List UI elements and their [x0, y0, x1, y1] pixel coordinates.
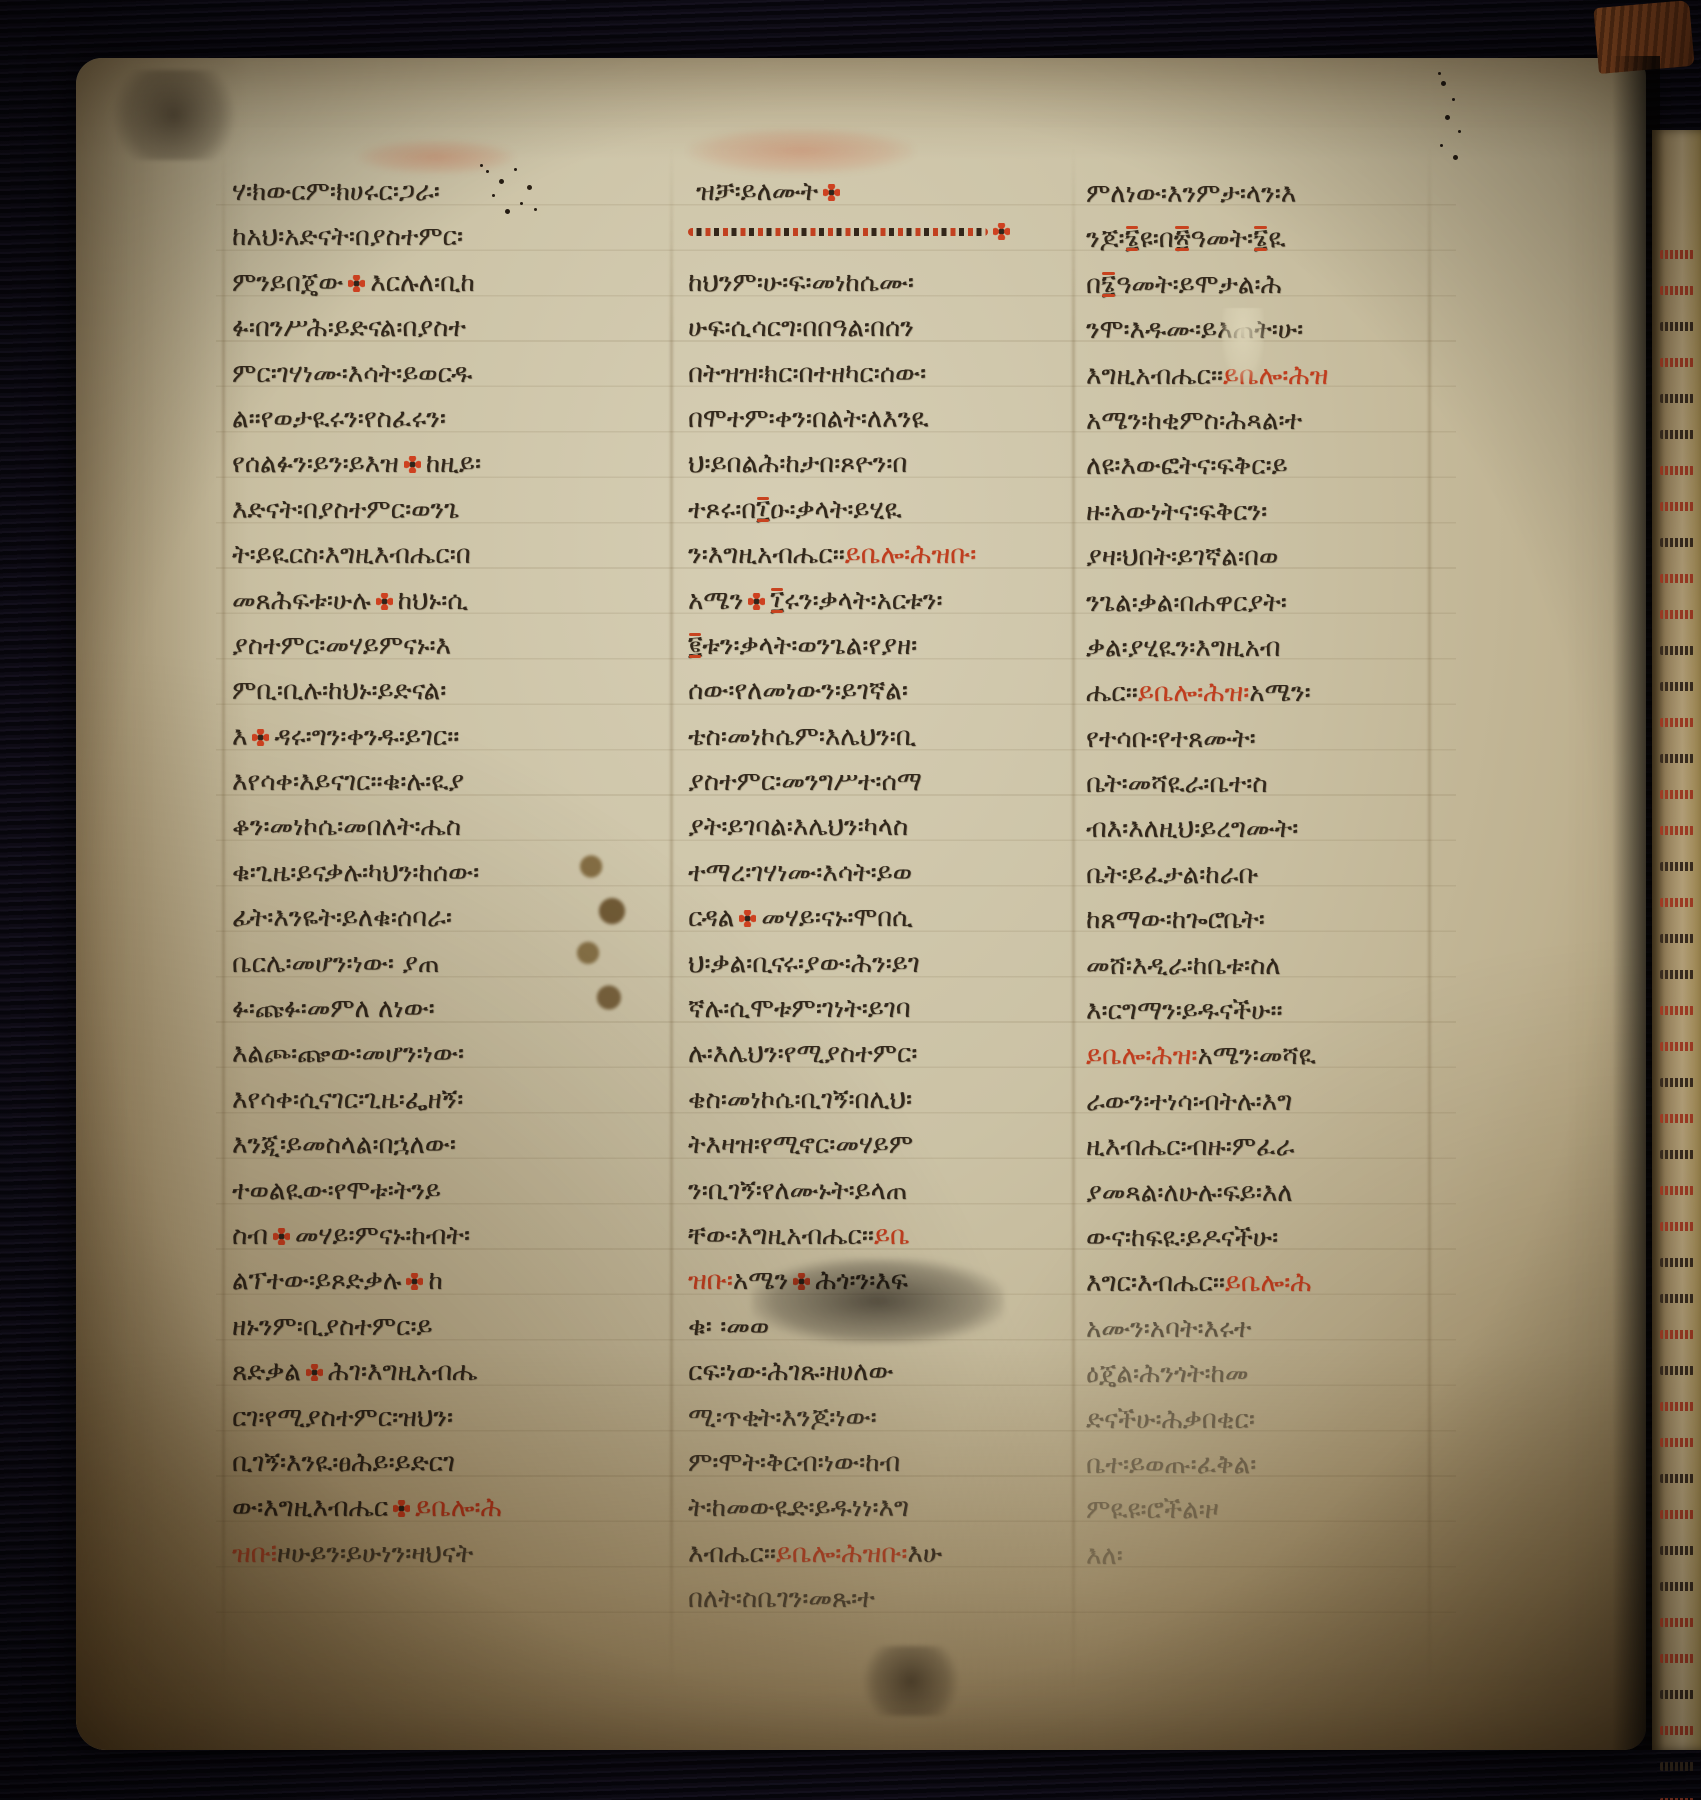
body-text: እግር፡እብሔር። [1086, 1268, 1225, 1298]
red-offset-smudge [358, 140, 514, 174]
body-text: ያስተምር፡መሃይምናኑ፡እ [232, 631, 451, 661]
text-line: እብሔር።ይቤሎ፡ሕዝቡ፡እሁ [688, 1532, 1054, 1577]
text-line: ንጌል፡ቃል፡በሐዋርያት፡ [1086, 581, 1426, 626]
body-text: ብእ፡እለዚህ፡ይረግሙት፡ [1086, 814, 1298, 844]
adjacent-page-edge-lines [1652, 130, 1701, 1800]
text-line: ቢገኝ፡እንዪ፡ፀሕይ፡ይድርገ [232, 1441, 644, 1486]
text-line: እንጂ፡ይመስላል፡በኋለው፡ [232, 1123, 644, 1168]
rubric-text: ይቤሎ፡ሕዝቡ፡ [776, 1539, 908, 1569]
text-line: ት፡ከመውዪድ፡ይዱነነ፡እግ [688, 1486, 1054, 1531]
body-text: ስብ [232, 1221, 268, 1251]
text-line: ፪ቱን፡ቃላት፡ወንጌል፡የያዘ፡ [688, 624, 1054, 669]
text-line: ቤተ፡ይወጡ፡ፈቅል፡ [1086, 1443, 1426, 1488]
body-text: እየሳቀ፡እይናገር።ቁ፡ሉ፡ዪያ [232, 767, 464, 797]
cross-rosette-icon [739, 910, 756, 927]
body-text: ከህንም፡ሁ፡ፍ፡መነከሴሙ፡ [688, 268, 914, 298]
text-line: እልጮ፡ጬው፡መሆን፡ነው፡ [232, 1032, 644, 1077]
body-text: የሰልፉን፡ይን፡ይእዝ [232, 449, 399, 479]
text-line: ቸው፡እግዚአብሔር።ይቤ [688, 1214, 1054, 1259]
body-text: ተጾሩ፡በ [688, 495, 756, 525]
body-text: ትእዛዝ፡የሚኖር፡መሃይም [688, 1130, 913, 1160]
body-text: ቤት፡ይፈታል፡ከራቡ [1086, 860, 1258, 890]
text-line: ቄስ፡መነኮሴ፡ቢገኝ፡በሊህ፡ [688, 1078, 1054, 1123]
body-text: ሰው፡የለመነውን፡ይገኛል፡ [688, 676, 908, 706]
body-text: ሔር። [1086, 678, 1138, 708]
edge-text-line [1660, 1582, 1694, 1591]
text-line: እለ፡ [1086, 1534, 1426, 1579]
text-line: ዝቡ፧ዞሁይን፡ይሁነን፡ዛህናት [232, 1532, 644, 1577]
text-line: ሉ፡እሌህን፡የሚያስተምር፡ [688, 1032, 1054, 1077]
edge-text-line [1660, 1438, 1694, 1447]
body-text: አሜን፡መሻዪ [1197, 1041, 1315, 1071]
text-line: ዚእብሔር፡ብዙ፡ምፈራ [1086, 1125, 1426, 1170]
text-line: ሰው፡የለመነውን፡ይገኛል፡ [688, 669, 1054, 714]
text-line: ይቤሎ፡ሕዝ፡አሜን፡መሻዪ [1086, 1034, 1426, 1079]
body-text: ርፍ፡ነው፡ሕገጹ፡ዘሀለው [688, 1357, 893, 1387]
body-text: እየሳቀ፡ሲናገር፡ጊዜ፡ፌዘኝ፡ [232, 1085, 463, 1115]
body-text: መሸ፡እዲራ፡ከቤቱ፡ስለ [1086, 951, 1281, 981]
column-crease-2 [1072, 148, 1075, 1688]
dot-divider-band [688, 215, 1054, 260]
right-margin-crease [1428, 148, 1431, 1688]
text-line: ም፡ሞት፡ቅርብ፡ነው፡ከብ [688, 1441, 1054, 1486]
edge-text-line [1660, 1222, 1694, 1231]
edge-text-line [1660, 898, 1694, 907]
body-text: ራውን፡ተነሳ፡ብትሉ፡እግ [1086, 1087, 1292, 1117]
text-line: ርገ፡የሚያስተምር፡ዝህን፡ [232, 1396, 644, 1441]
text-line: እድናት፡በያስተምር፡ወንጌ [232, 488, 644, 533]
text-column-left: ሃ፡ክውርም፡ክሀሩር፡ጋራ፡ከአህ፡አድናት፡በያስተምር፡ምንይበጄውእርሉ… [232, 170, 644, 1577]
corner-soil [104, 70, 244, 160]
edge-text-line [1660, 790, 1694, 799]
edge-text-line [1660, 538, 1694, 547]
text-line: ምዪዩ፡ሮችል፡ዞ [1086, 1488, 1426, 1533]
ink-spatter [1438, 72, 1441, 75]
body-text: ጸድቃል [232, 1357, 301, 1387]
body-text: አሜን፡ [1249, 678, 1310, 708]
body-text: እ፡ርግማን፡ይዱናችሁ። [1086, 996, 1282, 1026]
cross-rosette-icon [404, 456, 421, 473]
body-text: እሁ [907, 1539, 942, 1569]
text-line: እየሳቀ፡እይናገር።ቁ፡ሉ፡ዪያ [232, 760, 644, 805]
cross-rosette-icon [793, 1273, 810, 1290]
text-line: ሁፍ፡ሲሳርግ፡በበዓል፡በሰን [688, 306, 1054, 351]
text-line: ቃል፡ያሂዪን፡እግዚአብ [1086, 626, 1426, 671]
text-line: የሰልፉን፡ይን፡ይእዝከዚይ፡ [232, 442, 644, 487]
body-text: ዙ፡አውነትና፡ፍቅርን፡ [1086, 497, 1267, 527]
body-text: ቢገኝ፡እንዪ፡ፀሕይ፡ይድርገ [232, 1448, 455, 1478]
body-text: ፉ፡በንሥሕ፡ይድናል፡በያስተ [232, 313, 466, 343]
text-line: ያት፡ይገባል፡እሌህን፡ካላስ [688, 805, 1054, 850]
body-text: ቱን፡ቃላት፡ወንጌል፡የያዘ፡ [702, 631, 917, 661]
cross-rosette-icon [823, 184, 840, 201]
text-line: ቆን፡መነኮሴ፡መበለት፡ሔስ [232, 805, 644, 850]
body-text: አሙን፡አባት፡እሩተ [1086, 1314, 1251, 1344]
body-text: በ [1086, 270, 1101, 300]
body-text: ሩን፡ቃላት፡አርቱን፡ [784, 586, 942, 616]
numeral-text: ፳ [1174, 224, 1191, 255]
body-text: ሃ፡ክውርም፡ክሀሩር፡ጋራ፡ [232, 177, 440, 207]
text-line: ቤት፡ይፈታል፡ከራቡ [1086, 853, 1426, 898]
left-margin-crease [222, 148, 225, 1688]
edge-text-line [1660, 1366, 1694, 1375]
dot-divider-dots [688, 228, 988, 236]
edge-text-line [1660, 430, 1694, 439]
text-line: አሙን፡አባት፡እሩተ [1086, 1307, 1426, 1352]
text-line: ኛሉ፡ሲሞቱም፡ገነት፡ይገባ [688, 987, 1054, 1032]
text-line: ፉ፡ጩፉ፡መምለ ለነው፡ [232, 987, 644, 1032]
body-text: ዓመት፡ይሞታል፡ሕ [1116, 270, 1282, 300]
body-text: ምዪዩ፡ሮችል፡ዞ [1086, 1495, 1219, 1525]
text-line: ን፡እግዚአብሔር።ይቤሎ፡ሕዝቡ፡ [688, 533, 1054, 578]
text-line: እግዚአብሔር።ይቤሎ፡ሕዝ [1086, 354, 1426, 399]
body-text: ምንይበጄው [232, 268, 343, 298]
body-text: ሕገ፡እግዚአብሔ [328, 1357, 478, 1387]
body-text: ን፡ቢገኝ፡የለሙኑት፡ይላጠ [688, 1176, 907, 1206]
edge-text-line [1660, 1726, 1694, 1735]
text-line: እዳሩ፡ግን፡ቀንዱ፡ይገር። [232, 715, 644, 760]
body-text: እልጮ፡ጬው፡መሆን፡ነው፡ [232, 1039, 464, 1069]
body-text: ቤት፡መሻዪራ፡ቤተ፡ስ [1086, 769, 1268, 799]
cross-rosette-icon [348, 275, 365, 292]
edge-text-line [1660, 934, 1694, 943]
rubric-text: ይቤሎ፡ሕ [415, 1493, 502, 1523]
edge-text-line [1660, 1474, 1694, 1483]
body-text: ቁ፡ ፡መወ [688, 1312, 769, 1342]
body-text: በለት፡ስቤገን፡መጹ፡ተ [688, 1584, 875, 1614]
body-text: ኛሉ፡ሲሞቱም፡ገነት፡ይገባ [688, 994, 911, 1024]
rubric-text: ይቤሎ፡ሕዝ፡ [1086, 1041, 1197, 1071]
rubric-text: ይቤሎ፡ሕ [1225, 1268, 1312, 1298]
edge-text-line [1660, 1402, 1694, 1411]
body-text: በሞተም፡ቀን፡በልት፡ለእንዪ [688, 404, 928, 434]
text-line: ሚ፡ጥቂት፡እንጆ፡ነው፡ [688, 1396, 1054, 1441]
body-text: ቸው፡እግዚአብሔር። [688, 1221, 874, 1251]
edge-text-line [1660, 682, 1694, 691]
text-line: ን፡ቢገኝ፡የለሙኑት፡ይላጠ [688, 1169, 1054, 1214]
rubric-text: ይቤ [874, 1221, 910, 1251]
body-text: ሉ፡እሌህን፡የሚያስተምር፡ [688, 1039, 917, 1069]
edge-text-line [1660, 646, 1694, 655]
text-line: ቴስ፡መነኮሴም፡እሌህን፡ቢ [688, 715, 1054, 760]
body-text: እግዚአብሔር። [1086, 361, 1223, 391]
body-text: ልፕተው፡ይጾድቃሉ [232, 1266, 401, 1296]
text-line: ርዳልመሃይ፡ናኑ፡ሞበሲ [688, 896, 1054, 941]
text-line: በ፮ዓመት፡ይሞታል፡ሕ [1086, 263, 1426, 308]
body-text: ው፡እግዚእብሔር [232, 1493, 388, 1523]
body-text: ዓመት፡ [1191, 224, 1254, 254]
body-text: ን፡እግዚአብሔር። [688, 540, 845, 570]
numeral-text: ፮ [1101, 270, 1116, 301]
body-text: ዘኑንም፡ቢያስተምር፡ይ [232, 1312, 433, 1342]
text-line: ያዛ፡ህበት፡ይገኛል፡በወ [1086, 535, 1426, 580]
red-offset-smudge [688, 128, 914, 174]
body-text: ተወልዪው፡የሞቱ፡ትንይ [232, 1176, 441, 1206]
text-line: ቤርሌ፡መሆን፡ነው፡ ያጠ [232, 942, 644, 987]
edge-text-line [1660, 1330, 1694, 1339]
text-line: መጸሕፍቱ፡ሁሉከህኑ፡ሲ [232, 579, 644, 624]
text-line: ሃ፡ክውርም፡ክሀሩር፡ጋራ፡ [232, 170, 644, 215]
text-line: ያስተምር፡መሃይምናኑ፡እ [232, 624, 644, 669]
text-line: አሜን፲ሩን፡ቃላት፡አርቱን፡ [688, 579, 1054, 624]
numeral-text: ፲ [756, 495, 770, 526]
body-text: ህ፡ይበልሕ፡ከታበ፡ጾዮን፡በ [688, 449, 907, 479]
rubric-text: ዝቡ፧ [232, 1539, 277, 1569]
text-line: ከጸማው፡ከጐሮቤት፡ [1086, 898, 1426, 943]
body-text: ምለነው፡እንምታ፡ላን፡እ [1086, 179, 1296, 209]
body-text: ቤርሌ፡መሆን፡ነው፡ ያጠ [232, 949, 439, 979]
manuscript-page: ሃ፡ክውርም፡ክሀሩር፡ጋራ፡ከአህ፡አድናት፡በያስተምር፡ምንይበጄውእርሉ… [76, 58, 1646, 1750]
text-line: ምቢ፡ቢሉ፡ከህኑ፡ይድናል፡ [232, 669, 644, 714]
text-line: ጸድቃልሕገ፡እግዚአብሔ [232, 1350, 644, 1395]
ink-spatter [480, 164, 483, 167]
text-line: በትዝዝ፡ክር፡በተዘካር፡ሰው፡ [688, 352, 1054, 397]
body-text: ምር፡ገሃነሙ፡እሳት፡ይወርዱ [232, 359, 472, 389]
cross-rosette-icon [393, 1500, 410, 1517]
body-text: ል።የወታዪሩን፡የስፈሩን፡ [232, 404, 446, 434]
text-line: ንጆ፡፮ዩ፡በ፳ዓመት፡፮ዪ [1086, 217, 1426, 262]
body-text: አሜን፡ከቂምስ፡ሕጻል፡ተ [1086, 406, 1302, 436]
body-text: እርሉለ፡ቢከ [370, 268, 475, 298]
edge-text-line [1660, 250, 1694, 259]
body-text: ንሞ፡እዱሙ፡ይእጠት፡ሁ፡ [1086, 315, 1303, 345]
text-line: ቤት፡መሻዪራ፡ቤተ፡ስ [1086, 762, 1426, 807]
text-column-right: ምለነው፡እንምታ፡ላን፡እንጆ፡፮ዩ፡በ፳ዓመት፡፮ዪበ፮ዓመት፡ይሞታል፡ሕ… [1086, 172, 1426, 1579]
edge-text-line [1660, 1258, 1694, 1267]
text-line: ዕጄል፡ሕንጎት፡ከመ [1086, 1352, 1426, 1397]
rubric-text: ይቤሎ፡ሕዝ፡ [1138, 678, 1249, 708]
text-line: ው፡እግዚእብሔርይቤሎ፡ሕ [232, 1486, 644, 1531]
edge-text-line [1660, 826, 1694, 835]
body-text: ከዚይ፡ [426, 449, 481, 479]
body-text: ት፡ከመውዪድ፡ይዱነነ፡እግ [688, 1493, 909, 1523]
body-text: ከጸማው፡ከጐሮቤት፡ [1086, 905, 1265, 935]
body-text: ድናችሁ፡ሕቃበቂር፡ [1086, 1405, 1255, 1435]
numeral-text: ፮ [1253, 224, 1268, 255]
text-line: ህ፡ይበልሕ፡ከታበ፡ጾዮን፡በ [688, 442, 1054, 487]
body-text: ፊት፡እንዬት፡ይለቁ፡ሰባራ፡ [232, 903, 452, 933]
column-crease-1 [670, 148, 673, 1688]
body-text: እ [232, 722, 247, 752]
text-line: ምንይበጄውእርሉለ፡ቢከ [232, 261, 644, 306]
edge-text-line [1660, 502, 1694, 511]
text-line: ምር፡ገሃነሙ፡እሳት፡ይወርዱ [232, 352, 644, 397]
text-line: ት፡ይዪርስ፡እግዚእብሔር፡በ [232, 533, 644, 578]
body-text: ዩ፡በ [1140, 224, 1174, 254]
text-line: ያስተምር፡መንግሥተ፡ሰማ [688, 760, 1054, 805]
body-text: ያመጻል፡ለሁሉ፡ፍይ፡እለ [1086, 1178, 1293, 1208]
cross-rosette-icon [306, 1364, 323, 1381]
body-text: ቃል፡ያሂዪን፡እግዚአብ [1086, 633, 1280, 663]
body-text: ከአህ፡አድናት፡በያስተምር፡ [232, 222, 463, 252]
edge-text-line [1660, 466, 1694, 475]
body-text: ዪ [1268, 224, 1285, 254]
body-text: ተማረ፡ገሃነሙ፡እሳት፡ይወ [688, 858, 912, 888]
edge-text-line [1660, 1294, 1694, 1303]
text-line: ልፕተው፡ይጾድቃሉከ [232, 1259, 644, 1304]
edge-text-line [1660, 358, 1694, 367]
body-text: እለ፡ [1086, 1541, 1123, 1571]
edge-text-line [1660, 970, 1694, 979]
body-text: ዳሩ፡ግን፡ቀንዱ፡ይገር። [274, 722, 459, 752]
cross-rosette-icon [748, 593, 765, 610]
body-text: እብሔር። [688, 1539, 776, 1569]
body-text: ንጌል፡ቃል፡በሐዋርያት፡ [1086, 588, 1287, 618]
edge-text-line [1660, 286, 1694, 295]
cross-rosette-icon [993, 223, 1010, 240]
text-line: እ፡ርግማን፡ይዱናችሁ። [1086, 989, 1426, 1034]
text-line: ተወልዪው፡የሞቱ፡ትንይ [232, 1169, 644, 1214]
text-line: ፉ፡በንሥሕ፡ይድናል፡በያስተ [232, 306, 644, 351]
text-line: ስብመሃይ፡ምናኑ፡ከብት፡ [232, 1214, 644, 1259]
body-text: አሜን [688, 586, 743, 616]
text-line: መሸ፡እዲራ፡ከቤቱ፡ስለ [1086, 944, 1426, 989]
text-line: ዝቻ፡ይለሙት [696, 170, 1054, 215]
body-text: ቄስ፡መነኮሴ፡ቢገኝ፡በሊህ፡ [688, 1085, 912, 1115]
body-text: ያት፡ይገባል፡እሌህን፡ካላስ [688, 812, 908, 842]
manuscript-photo: { "manuscript": { "script": "geez-ethiop… [0, 0, 1701, 1800]
body-text: ዚእብሔር፡ብዙ፡ምፈራ [1086, 1132, 1294, 1162]
text-line: ዘኑንም፡ቢያስተምር፡ይ [232, 1305, 644, 1350]
body-text: ም፡ሞት፡ቅርብ፡ነው፡ከብ [688, 1448, 900, 1478]
edge-text-line [1660, 1546, 1694, 1555]
edge-text-line [1660, 718, 1694, 727]
edge-text-line [1660, 1006, 1694, 1015]
text-line: ተማረ፡ገሃነሙ፡እሳት፡ይወ [688, 851, 1054, 896]
cross-rosette-icon [273, 1228, 290, 1245]
text-line: ድናችሁ፡ሕቃበቂር፡ [1086, 1398, 1426, 1443]
text-line: ከአህ፡አድናት፡በያስተምር፡ [232, 215, 644, 260]
body-text: መሃይ፡ናኑ፡ሞበሲ [761, 903, 913, 933]
body-text: ምቢ፡ቢሉ፡ከህኑ፡ይድናል፡ [232, 676, 446, 706]
text-line: እግር፡እብሔር።ይቤሎ፡ሕ [1086, 1261, 1426, 1306]
edge-text-line [1660, 1042, 1694, 1051]
numeral-text: ፲ [770, 586, 784, 617]
rubric-text: ይቤሎ፡ሕዝ [1223, 361, 1328, 391]
body-text: ከህኑ፡ሲ [398, 586, 468, 616]
text-line: የተሳቡ፡የተጸሙት፡ [1086, 717, 1426, 762]
cross-rosette-icon [406, 1273, 423, 1290]
numeral-text: ፪ [688, 631, 702, 662]
body-text: ርገ፡የሚያስተምር፡ዝህን፡ [232, 1403, 453, 1433]
text-line: ብእ፡እለዚህ፡ይረግሙት፡ [1086, 807, 1426, 852]
body-text: ዕጄል፡ሕንጎት፡ከመ [1086, 1359, 1248, 1389]
edge-text-line [1660, 322, 1694, 331]
text-column-center: ዝቻ፡ይለሙትከህንም፡ሁ፡ፍ፡መነከሴሙ፡ሁፍ፡ሲሳርግ፡በበዓል፡በሰንበት… [688, 170, 1054, 1623]
body-text: ሕጎ፡ን፡እፍ [815, 1266, 908, 1296]
body-text: ዝቻ፡ይለሙት [696, 177, 818, 207]
text-line: እየሳቀ፡ሲናገር፡ጊዜ፡ፌዘኝ፡ [232, 1078, 644, 1123]
body-text: ከ [428, 1266, 442, 1296]
body-text: ያዛ፡ህበት፡ይገኛል፡በወ [1086, 542, 1278, 572]
text-line: በለት፡ስቤገን፡መጹ፡ተ [688, 1577, 1054, 1622]
text-line: ፊት፡እንዬት፡ይለቁ፡ሰባራ፡ [232, 896, 644, 941]
edge-text-line [1660, 1618, 1694, 1627]
adjacent-page-edge [1652, 130, 1701, 1750]
edge-text-line [1660, 1510, 1694, 1519]
edge-text-line [1660, 574, 1694, 583]
body-text: በትዝዝ፡ክር፡በተዘካር፡ሰው፡ [688, 359, 926, 389]
body-text: ሚ፡ጥቂት፡እንጆ፡ነው፡ [688, 1403, 877, 1433]
text-line: ለዩ፡እውፎትና፡ፍቅር፡ይ [1086, 444, 1426, 489]
body-text: ቆን፡መነኮሴ፡መበለት፡ሔስ [232, 812, 461, 842]
text-line: ቁ፡ ፡መወ [688, 1305, 1054, 1350]
edge-text-line [1660, 1078, 1694, 1087]
text-line: ያመጻል፡ለሁሉ፡ፍይ፡እለ [1086, 1171, 1426, 1216]
text-line: ንሞ፡እዱሙ፡ይእጠት፡ሁ፡ [1086, 308, 1426, 353]
body-text: ያስተምር፡መንግሥተ፡ሰማ [688, 767, 922, 797]
body-text: ቴስ፡መነኮሴም፡እሌህን፡ቢ [688, 722, 916, 752]
text-line: ዙ፡አውነትና፡ፍቅርን፡ [1086, 490, 1426, 535]
edge-text-line [1660, 1150, 1694, 1159]
edge-text-line [1660, 1690, 1694, 1699]
body-text: ዞሁይን፡ይሁነን፡ዛህናት [277, 1539, 473, 1569]
edge-text-line [1660, 394, 1694, 403]
numeral-text: ፮ [1124, 224, 1139, 255]
body-text: ፉ፡ጩፉ፡መምለ ለነው፡ [232, 994, 435, 1024]
edge-text-line [1660, 1762, 1694, 1771]
text-line: አሜን፡ከቂምስ፡ሕጻል፡ተ [1086, 399, 1426, 444]
rubric-text: ይቤሎ፡ሕዝቡ፡ [845, 540, 977, 570]
text-line: ትእዛዝ፡የሚኖር፡መሃይም [688, 1123, 1054, 1168]
text-line: በሞተም፡ቀን፡በልት፡ለእንዪ [688, 397, 1054, 442]
edge-text-line [1660, 1654, 1694, 1663]
text-line: ውና፡ከፍዪ፡ይዶናችሁ፡ [1086, 1216, 1426, 1261]
text-line: ተጾሩ፡በ፲ዑ፡ቃላት፡ይሂዪ [688, 488, 1054, 533]
text-line: ከህንም፡ሁ፡ፍ፡መነከሴሙ፡ [688, 261, 1054, 306]
rubric-text: ዝቡ፡ [688, 1266, 733, 1296]
body-text: ቤተ፡ይወጡ፡ፈቅል፡ [1086, 1450, 1256, 1480]
edge-text-line [1660, 862, 1694, 871]
body-text: መሃይ፡ምናኑ፡ከብት፡ [295, 1221, 470, 1251]
edge-text-line [1660, 1114, 1694, 1123]
text-line: ቁ፡ጊዜ፡ይናቃሉ፡ካህን፡ከሰው፡ [232, 851, 644, 896]
body-text: ዑ፡ቃላት፡ይሂዪ [770, 495, 902, 525]
body-text: እድናት፡በያስተምር፡ወንጌ [232, 495, 460, 525]
text-line: ሔር።ይቤሎ፡ሕዝ፡አሜን፡ [1086, 671, 1426, 716]
edge-text-line [1660, 610, 1694, 619]
edge-text-line [1660, 754, 1694, 763]
body-text: ት፡ይዪርስ፡እግዚእብሔር፡በ [232, 540, 471, 570]
text-line: ርፍ፡ነው፡ሕገጹ፡ዘሀለው [688, 1350, 1054, 1395]
body-text: አሜን [733, 1266, 788, 1296]
body-text: ውና፡ከፍዪ፡ይዶናችሁ፡ [1086, 1223, 1278, 1253]
body-text: ርዳል [688, 903, 734, 933]
text-line: ራውን፡ተነሳ፡ብትሉ፡እግ [1086, 1080, 1426, 1125]
bottom-smudge [856, 1646, 966, 1716]
body-text: መጸሕፍቱ፡ሁሉ [232, 586, 371, 616]
body-text: ህ፡ቃል፡ቢናሩ፡ያው፡ሕን፡ይገ [688, 949, 920, 979]
body-text: ለዩ፡እውፎትና፡ፍቅር፡ይ [1086, 451, 1288, 481]
cross-rosette-icon [252, 729, 269, 746]
body-text: የተሳቡ፡የተጸሙት፡ [1086, 724, 1256, 754]
text-line: ህ፡ቃል፡ቢናሩ፡ያው፡ሕን፡ይገ [688, 942, 1054, 987]
text-line: ዝቡ፡አሜንሕጎ፡ን፡እፍ [688, 1259, 1054, 1304]
body-text: ንጆ፡ [1086, 224, 1124, 254]
body-text: ቁ፡ጊዜ፡ይናቃሉ፡ካህን፡ከሰው፡ [232, 858, 479, 888]
text-line: ምለነው፡እንምታ፡ላን፡እ [1086, 172, 1426, 217]
body-text: እንጂ፡ይመስላል፡በኋለው፡ [232, 1130, 456, 1160]
edge-text-line [1660, 1186, 1694, 1195]
cross-rosette-icon [376, 593, 393, 610]
text-line: ል።የወታዪሩን፡የስፈሩን፡ [232, 397, 644, 442]
body-text: ሁፍ፡ሲሳርግ፡በበዓል፡በሰን [688, 313, 914, 343]
